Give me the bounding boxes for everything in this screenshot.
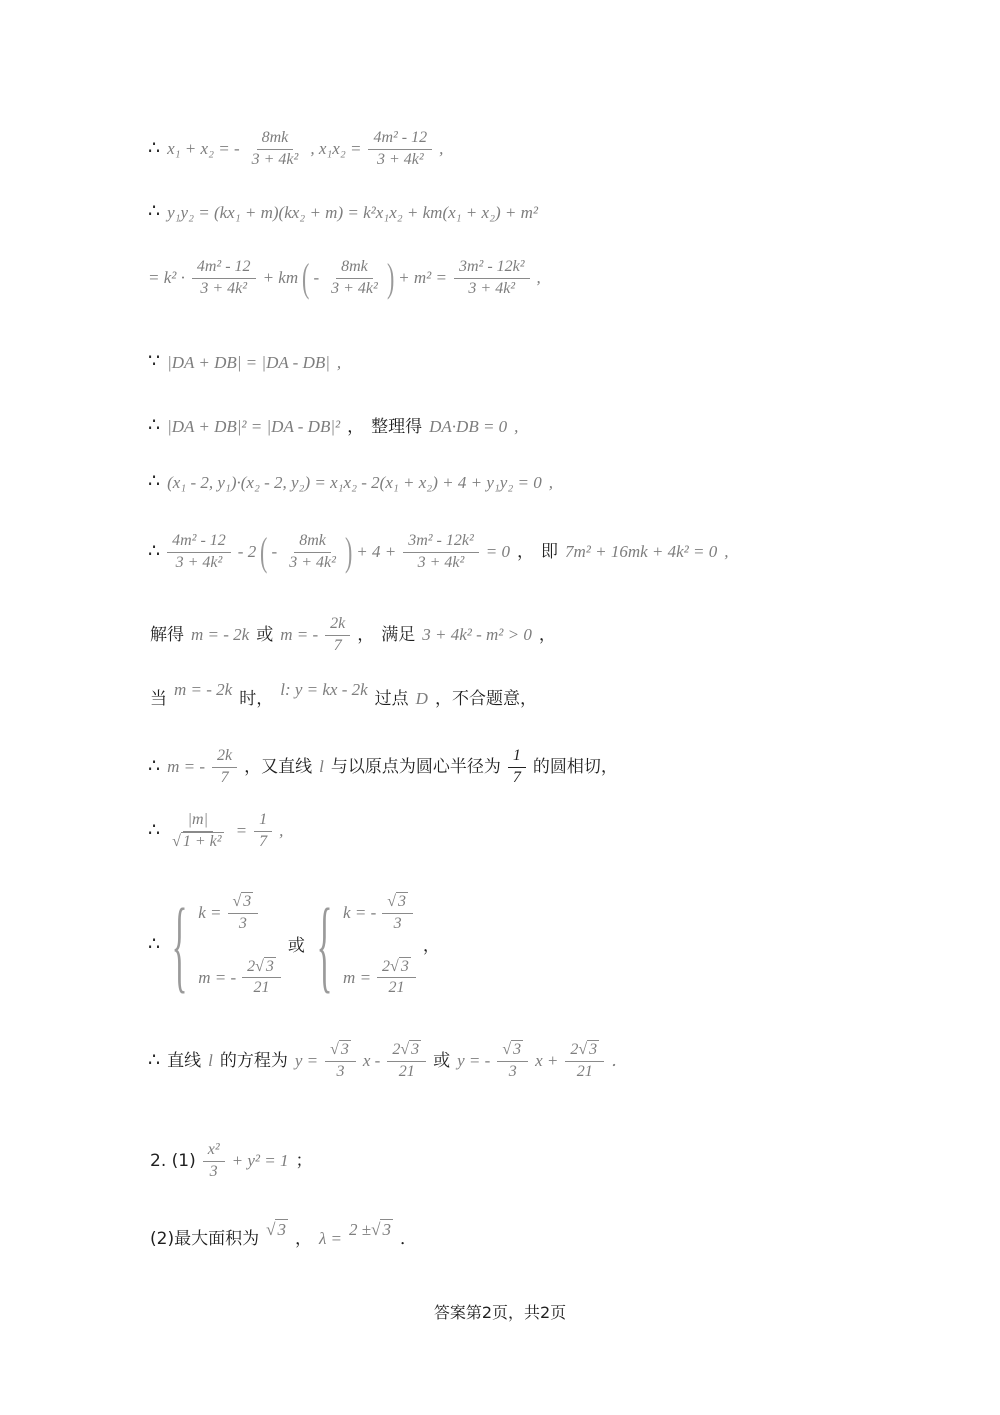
formula-segment: m = - 2k (174, 679, 232, 701)
fraction: 2k7 (325, 614, 350, 657)
fraction-denominator: 3 + 4k² (326, 279, 383, 300)
formula-segment: m = - (167, 756, 205, 778)
fraction-numerator: 4m² - 12 (368, 128, 432, 150)
equation-line-8: 解得 m = - 2k 或 m = - 2k7 ， 满足 3 + 4k² - m… (150, 614, 556, 657)
equation-line-9: 当 m = - 2k 时， l: y = kx - 2k 过点 D ，不合题意， (150, 688, 537, 710)
system-column: k = - √33 m = 2√321 (343, 892, 416, 999)
fraction: 17 (508, 746, 526, 789)
radical-sign: √ (172, 833, 181, 850)
formula-segment: , (439, 138, 443, 160)
chinese-text: 整理得 (371, 416, 422, 438)
formula-segment: + y² = 1 (232, 1150, 289, 1172)
sqrt-radical: √3 (330, 1040, 351, 1058)
equation-line-1: ∴ x₁ + x₂ = - 8mk3 + 4k² , x₁x₂ = 4m² - … (148, 128, 443, 171)
formula-segment: m = (343, 967, 371, 989)
formula-segment: m = - (198, 967, 236, 989)
system-column: k = √33 m = - 2√321 (198, 892, 281, 999)
equation-system: { k = - √33 m = 2√321 (312, 892, 416, 999)
coefficient: 2 (247, 958, 255, 975)
chinese-text: 即 (541, 541, 558, 563)
radical-sign: √ (330, 1041, 339, 1058)
left-paren: ( (302, 252, 309, 304)
fraction-numerator: 2√3 (565, 1040, 604, 1062)
equation-line-11: ∴ |m| √1 + k² = 17 , (148, 810, 283, 853)
formula-segment: k = (198, 902, 221, 924)
sqrt-radical: √3 (502, 1040, 523, 1058)
formula-segment: l: y = kx - 2k (280, 679, 367, 701)
formula-segment: x + (535, 1050, 558, 1072)
formula-segment: - (313, 267, 319, 289)
fraction-numerator: 2√3 (377, 957, 416, 979)
therefore-symbol: ∴ (148, 933, 160, 958)
answer-line-2-2: (2)最大面积为 √3 ， λ = 2 ±√3 ． (150, 1228, 417, 1250)
fraction-numerator: 4m² - 12 (192, 257, 256, 279)
fraction-denominator: √1 + k² (167, 832, 228, 853)
equation-line-2: ∴ y₁y₂ = (kx₁ + m)(kx₂ + m) = k²x₁x₂ + k… (148, 200, 538, 227)
formula-segment: + m² = (398, 267, 447, 289)
fraction-denominator: 21 (572, 1062, 598, 1083)
fraction-denominator: 3 + 4k² (372, 150, 429, 171)
equation-line-6: ∴ (x₁ - 2, y₁)·(x₂ - 2, y₂) = x₁x₂ - 2(x… (148, 470, 553, 497)
equation-line-10: ∴ m = - 2k7 ，又直线 l 与以原点为圆心半径为 17 的圆相切， (148, 746, 618, 789)
coefficient: 2 ± (349, 1220, 371, 1239)
fraction: 17 (254, 810, 272, 853)
fraction-denominator: 3 (205, 1162, 223, 1183)
sqrt-radical: √3 (400, 1040, 421, 1058)
formula-segment: 3 + 4k² - m² > 0 (422, 624, 532, 646)
radical-sign: √ (400, 1041, 409, 1058)
fraction-denominator: 3 (332, 1062, 350, 1083)
therefore-symbol: ∴ (148, 137, 160, 162)
sqrt-radical: √3 (387, 892, 408, 910)
because-symbol: ∵ (148, 350, 160, 377)
fraction-numerator: √3 (325, 1040, 356, 1062)
chinese-text: ， (347, 416, 364, 438)
fraction: 4m² - 123 + 4k² (368, 128, 432, 171)
chinese-text: ， (517, 541, 534, 563)
fraction-numerator: 4m² - 12 (167, 531, 231, 553)
chinese-text: ， (423, 935, 440, 957)
fraction-numerator: 8mk (294, 531, 331, 553)
equation-line-4: ∵ |DA + DB| = |DA - DB| , (148, 350, 341, 377)
therefore-symbol: ∴ (148, 470, 160, 497)
system-row: k = √33 (198, 892, 258, 935)
chinese-text: 当 (150, 688, 167, 710)
fraction-denominator: 3 + 4k² (413, 553, 470, 574)
fraction: 4m² - 123 + 4k² (192, 257, 256, 300)
fraction-numerator: 2k (325, 614, 350, 636)
chinese-text: ， (295, 1228, 312, 1250)
radicand: 3 (399, 957, 411, 975)
fraction-denominator: 3 + 4k² (195, 279, 252, 300)
chinese-text: ， (539, 624, 556, 646)
fraction-numerator: √3 (382, 892, 413, 914)
sqrt-radical: √3 (266, 1219, 288, 1241)
radical-sign: √ (233, 893, 242, 910)
system-row: k = - √33 (343, 892, 413, 935)
chinese-text: 与以原点为圆心半径为 (331, 756, 501, 778)
radicand: 3 (409, 1040, 421, 1058)
equation-line-13: ∴ 直线 l 的方程为 y = √33 x - 2√321 或 y = - √3… (148, 1040, 628, 1083)
formula-segment: l (319, 756, 324, 778)
radicand: 3 (339, 1040, 351, 1058)
equation-system: { k = √33 m = - 2√321 (167, 892, 281, 999)
fraction: 2√321 (377, 957, 416, 1000)
formula-segment: y₁y₂ = (kx₁ + m)(kx₂ + m) = k²x₁x₂ + km(… (167, 202, 538, 224)
radical-sign: √ (390, 958, 399, 975)
formula-segment: , x₁x₂ = (310, 138, 361, 160)
radical-sign: √ (502, 1041, 511, 1058)
fraction: √33 (325, 1040, 356, 1083)
fraction-numerator: 8mk (336, 257, 373, 279)
therefore-symbol: ∴ (148, 540, 160, 565)
fraction: √33 (228, 892, 259, 935)
sqrt-radical: √3 (255, 957, 276, 975)
fraction-numerator: 2k (212, 746, 237, 768)
fraction-numerator: 8mk (257, 128, 294, 150)
coefficient: 2 (382, 958, 390, 975)
fraction-denominator: 21 (394, 1062, 420, 1083)
fraction-numerator: √3 (228, 892, 259, 914)
chinese-text: 过点 (375, 688, 409, 710)
formula-segment: λ = (319, 1228, 342, 1250)
radical-sign: √ (387, 893, 396, 910)
equation-line-7: ∴ 4m² - 123 + 4k² - 2 ( - 8mk3 + 4k² ) +… (148, 526, 729, 578)
fraction: √33 (497, 1040, 528, 1083)
therefore-symbol: ∴ (148, 755, 160, 780)
fraction-denominator: 7 (329, 636, 347, 657)
chinese-text: 或 (256, 624, 273, 646)
formula-segment: - 2 (238, 541, 256, 563)
sqrt-radical: √3 (233, 892, 254, 910)
chinese-text: ； (295, 1150, 312, 1172)
fraction-denominator: 3 + 4k² (284, 553, 341, 574)
chinese-text: ，又直线 (244, 756, 312, 778)
sqrt-radical: √3 (578, 1040, 599, 1058)
radicand: 3 (241, 892, 253, 910)
fraction: 2√321 (387, 1040, 426, 1083)
radicand: 1 + k² (181, 832, 224, 850)
formula-segment: D (416, 688, 428, 710)
fraction-numerator: |m| (183, 810, 213, 832)
fraction-denominator: 3 (504, 1062, 522, 1083)
formula-segment: m = - 2k (191, 624, 249, 646)
formula-segment: (x₁ - 2, y₁)·(x₂ - 2, y₂) = x₁x₂ - 2(x₁ … (167, 472, 542, 494)
fraction-numerator: 2√3 (387, 1040, 426, 1062)
formula-segment: , (337, 352, 341, 374)
therefore-symbol: ∴ (148, 414, 160, 441)
therefore-symbol: ∴ (148, 1049, 160, 1074)
fraction: 8mk3 + 4k² (284, 531, 341, 574)
radical-sign: √ (578, 1041, 587, 1058)
formula-segment: y = - (457, 1050, 490, 1072)
chinese-text: 时， (239, 688, 273, 710)
therefore-symbol: ∴ (148, 200, 160, 227)
formula-segment: k = - (343, 902, 376, 924)
formula-segment: 7m² + 16mk + 4k² = 0 (565, 541, 717, 563)
formula-segment: = 0 (486, 541, 510, 563)
fraction: √33 (382, 892, 413, 935)
fraction: 8mk3 + 4k² (326, 257, 383, 300)
formula-segment: y = (295, 1050, 318, 1072)
fraction-denominator: 3 (234, 914, 252, 935)
system-row: m = 2√321 (343, 957, 416, 1000)
formula-segment: l (208, 1050, 213, 1072)
formula-segment: + km (263, 267, 299, 289)
radicand: 3 (587, 1040, 599, 1058)
answer-page: ∴ x₁ + x₂ = - 8mk3 + 4k² , x₁x₂ = 4m² - … (0, 0, 1000, 1415)
left-brace: { (317, 878, 333, 1012)
equation-line-3: = k² · 4m² - 123 + 4k² + km ( - 8mk3 + 4… (148, 252, 541, 304)
fraction: 3m² - 12k²3 + 4k² (403, 531, 479, 574)
chinese-text: ， (357, 624, 374, 646)
formula-segment: , (549, 472, 553, 494)
formula-segment: x - (363, 1050, 380, 1072)
radicand: 3 (264, 957, 276, 975)
formula-segment: - (272, 541, 278, 563)
radicand: 3 (380, 1219, 393, 1239)
fraction-numerator: 3m² - 12k² (454, 257, 530, 279)
fraction-denominator: 7 (508, 768, 526, 789)
fraction-denominator: 3 + 4k² (171, 553, 228, 574)
chinese-text: 的圆相切， (533, 756, 618, 778)
fraction: x²3 (203, 1140, 225, 1183)
formula-segment: DA·DB = 0 (429, 416, 507, 438)
fraction-denominator: 21 (383, 978, 409, 999)
fraction: 2√321 (242, 957, 281, 1000)
fraction: 2k7 (212, 746, 237, 789)
fraction: 8mk3 + 4k² (247, 128, 304, 171)
fraction-denominator: 21 (249, 978, 275, 999)
formula-segment: , (279, 820, 283, 842)
sqrt-radical: √1 + k² (172, 832, 223, 850)
fraction-denominator: 3 + 4k² (247, 150, 304, 171)
equation-line-5: ∴ |DA + DB|² = |DA - DB|² ， 整理得 DA·DB = … (148, 414, 518, 441)
fraction-numerator: 1 (508, 746, 526, 768)
radicand: 3 (511, 1040, 523, 1058)
therefore-symbol: ∴ (148, 819, 160, 844)
fraction-denominator: 7 (216, 768, 234, 789)
sqrt-radical: √3 (390, 957, 411, 975)
formula-segment: = (236, 820, 247, 842)
formula-segment: ． (611, 1050, 628, 1072)
chinese-text: (2)最大面积为 (150, 1228, 259, 1250)
left-brace: { (172, 878, 188, 1012)
fraction-denominator: 7 (254, 832, 272, 853)
chinese-text: 解得 (150, 624, 184, 646)
left-paren: ( (260, 526, 267, 578)
chinese-text: 满足 (381, 624, 415, 646)
formula-segment: , (724, 541, 728, 563)
chinese-text: ． (400, 1228, 417, 1250)
formula-segment: 2 ±√3 (349, 1219, 393, 1241)
equation-line-12: ∴ { k = √33 m = - 2√321 或 { k = - √33 (148, 892, 440, 999)
formula-segment: m = - (280, 624, 318, 646)
formula-segment: + 4 + (356, 541, 396, 563)
fraction-numerator: 2√3 (242, 957, 281, 979)
chinese-text: 直线 (167, 1050, 201, 1072)
formula-segment: |DA + DB| = |DA - DB| (167, 352, 330, 374)
fraction: 4m² - 123 + 4k² (167, 531, 231, 574)
answer-line-2-1: 2. (1) x²3 + y² = 1 ； (150, 1140, 312, 1183)
chinese-text: 或 (433, 1050, 450, 1072)
fraction-numerator: x² (203, 1140, 225, 1162)
formula-segment: |DA + DB|² = |DA - DB|² (167, 416, 340, 438)
system-row: m = - 2√321 (198, 957, 281, 1000)
fraction-denominator: 3 + 4k² (463, 279, 520, 300)
formula-segment: , (537, 267, 541, 289)
radicand: 3 (275, 1219, 288, 1239)
fraction: 3m² - 12k²3 + 4k² (454, 257, 530, 300)
formula-segment: , (514, 416, 518, 438)
fraction-numerator: √3 (497, 1040, 528, 1062)
right-paren: ) (345, 526, 352, 578)
fraction-numerator: 3m² - 12k² (403, 531, 479, 553)
radical-sign: √ (255, 958, 264, 975)
page-footer: 答案第2页，共2页 (0, 1300, 1000, 1323)
chinese-text: 的方程为 (220, 1050, 288, 1072)
radicand: 3 (396, 892, 408, 910)
item-number: 2. (1) (150, 1150, 196, 1172)
fraction: 2√321 (565, 1040, 604, 1083)
formula-segment: = k² · (148, 267, 185, 289)
chinese-text: 或 (288, 935, 305, 957)
fraction: |m| √1 + k² (167, 810, 228, 853)
right-paren: ) (387, 252, 394, 304)
sqrt-radical: √3 (371, 1219, 393, 1239)
chinese-text: ，不合题意， (435, 688, 537, 710)
fraction-denominator: 3 (389, 914, 407, 935)
formula-segment: x₁ + x₂ = - (167, 138, 240, 160)
fraction-numerator: 1 (254, 810, 272, 832)
